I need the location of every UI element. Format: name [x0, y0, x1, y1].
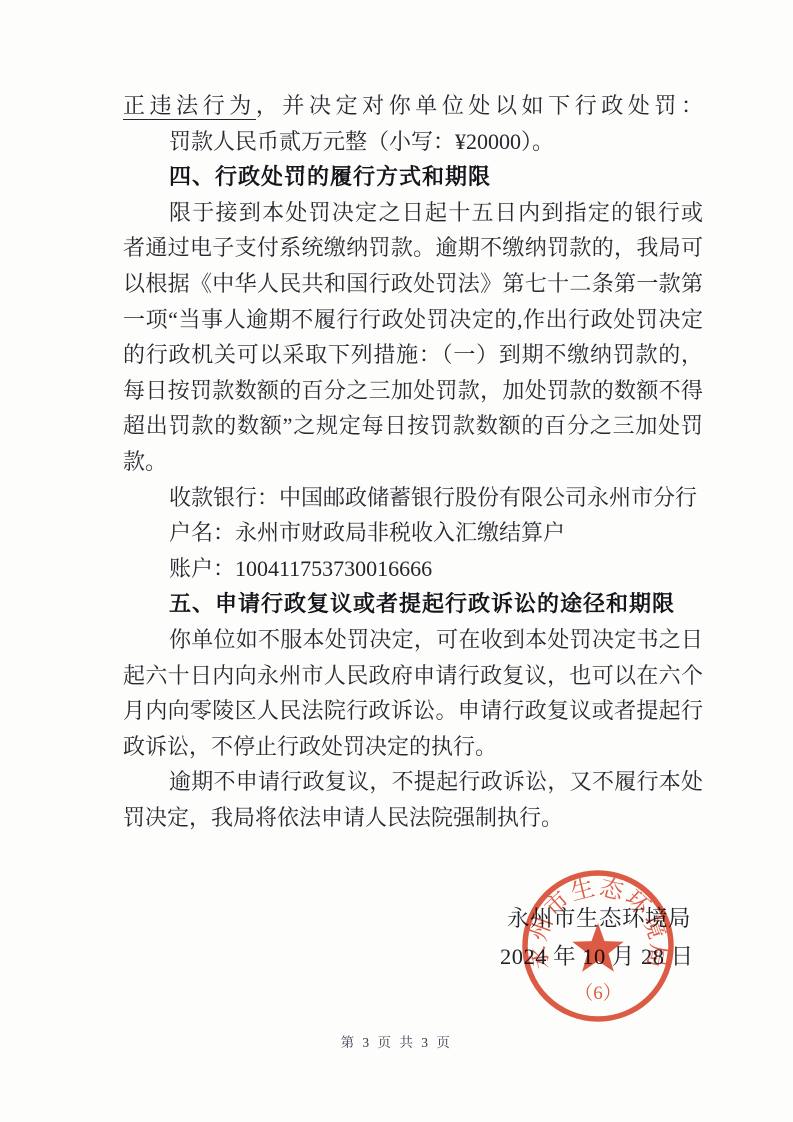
body-line: 者通过电子支付系统缴纳罚款。逾期不缴纳罚款的，我局可: [123, 230, 703, 266]
body-line-text: ，并决定对你单位处以如下行政处罚：: [256, 93, 703, 118]
bank-name-line: 收款银行：中国邮政储蓄银行股份有限公司永州市分行: [123, 480, 703, 516]
body-line: 每日按罚款数额的百分之三加处罚款，加处罚款的数额不得: [123, 373, 703, 409]
account-number-line: 账户：100411753730016666: [123, 551, 703, 587]
fine-amount-line: 罚款人民币贰万元整（小写：¥20000）。: [123, 124, 703, 160]
body-line: 逾期不申请行政复议，不提起行政诉讼，又不履行本处: [123, 764, 703, 800]
body-line: 以根据《中华人民共和国行政处罚法》第七十二条第一款第: [123, 266, 703, 302]
document-body: 正违法行为，并决定对你单位处以如下行政处罚： 罚款人民币贰万元整（小写：¥200…: [123, 88, 703, 835]
official-seal: 永州市生态环境局 （6）: [513, 861, 683, 1031]
body-line: 限于接到本处罚决定之日起十五日内到指定的银行或: [123, 195, 703, 231]
star-icon: [572, 923, 623, 972]
account-name-line: 户名：永州市财政局非税收入汇缴结算户: [123, 515, 703, 551]
seal-number: （6）: [574, 982, 622, 1004]
body-line: 款。: [123, 444, 703, 480]
section-heading-4: 四、行政处罚的履行方式和期限: [123, 159, 703, 195]
body-line: 你单位如不服本处罚决定，可在收到本处罚决定书之日: [123, 622, 703, 658]
body-line: 起六十日内向永州市人民政府申请行政复议，也可以在六个: [123, 658, 703, 694]
body-line: 一项“当事人逾期不履行行政处罚决定的,作出行政处罚决定: [123, 302, 703, 338]
body-line: 的行政机关可以采取下列措施：（一）到期不缴纳罚款的，: [123, 337, 703, 373]
section-heading-5: 五、申请行政复议或者提起行政诉讼的途径和期限: [123, 586, 703, 622]
body-line: 月内向零陵区人民法院行政诉讼。申请行政复议或者提起行: [123, 693, 703, 729]
body-line: 罚决定，我局将依法申请人民法院强制执行。: [123, 800, 703, 836]
page-number-footer: 第 3 页 共 3 页: [0, 1031, 793, 1051]
document-page: 正违法行为，并决定对你单位处以如下行政处罚： 罚款人民币贰万元整（小写：¥200…: [0, 0, 793, 1122]
body-line: 正违法行为，并决定对你单位处以如下行政处罚：: [123, 88, 703, 124]
body-line: 超出罚款的数额”之规定每日按罚款数额的百分之三加处罚: [123, 408, 703, 444]
body-line: 政诉讼，不停止行政处罚决定的执行。: [123, 729, 703, 765]
underlined-text: 正违法行为: [123, 93, 256, 120]
